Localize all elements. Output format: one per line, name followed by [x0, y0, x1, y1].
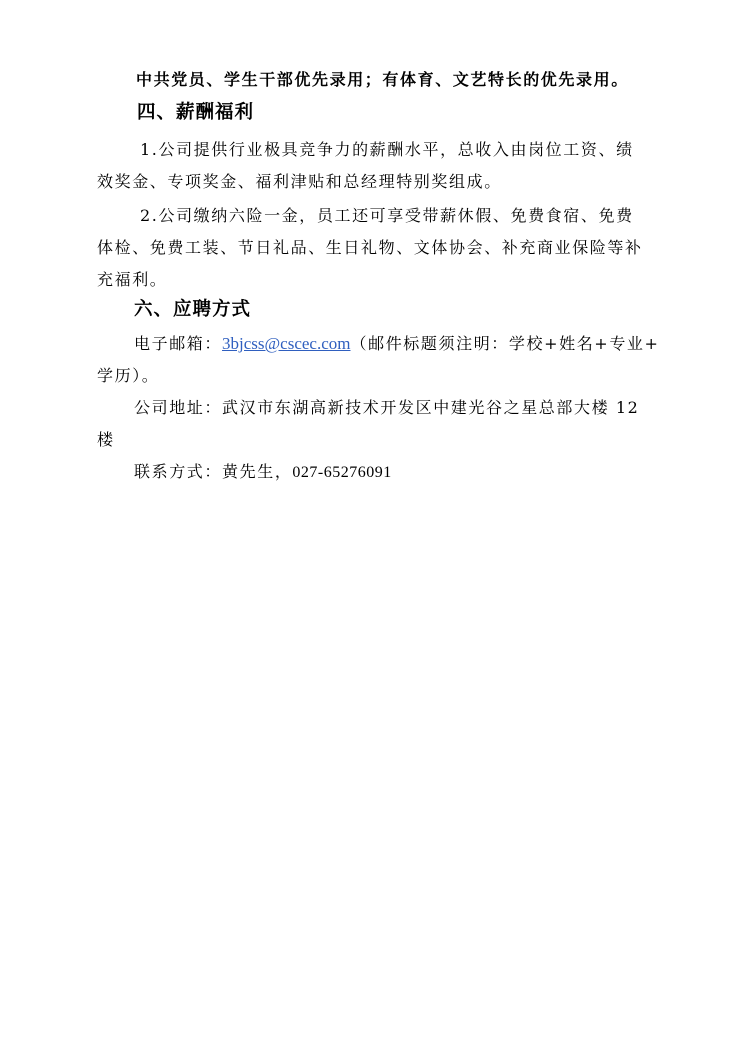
contact-name: 黄先生，: [222, 462, 292, 481]
intro-line: 中共党员、学生干部优先录用；有体育、文艺特长的优先录用。: [136, 70, 629, 90]
benefit-paragraph-2-line-2: 体检、免费工装、节日礼品、生日礼物、文体协会、补充商业保险等补: [97, 238, 643, 258]
contact-label: 联系方式：: [134, 462, 222, 481]
email-note: （邮件标题须注明：学校+姓名+专业+: [351, 334, 660, 353]
email-label: 电子邮箱：: [134, 334, 222, 353]
document-page: 中共党员、学生干部优先录用；有体育、文艺特长的优先录用。 四、薪酬福利 1.公司…: [0, 0, 738, 1042]
section-heading-compensation: 四、薪酬福利: [137, 102, 254, 124]
benefit-paragraph-2-line-3: 充福利。: [97, 270, 167, 290]
email-note-line-2: 学历）。: [97, 366, 159, 386]
address-line-2: 楼: [97, 430, 115, 450]
contact-phone: 027-65276091: [292, 464, 391, 481]
benefit-paragraph-2-line-1: 2.公司缴纳六险一金，员工还可享受带薪休假、免费食宿、免费: [140, 206, 634, 226]
benefit-paragraph-1-line-2: 效奖金、专项奖金、福利津贴和总经理特别奖组成。: [97, 172, 502, 192]
address-line-1: 公司地址：武汉市东湖高新技术开发区中建光谷之星总部大楼 12: [134, 398, 639, 418]
contact-line: 联系方式：黄先生，027-65276091: [134, 462, 392, 483]
email-line: 电子邮箱：3bjcss@cscec.com（邮件标题须注明：学校+姓名+专业+: [134, 334, 660, 354]
section-heading-application: 六、应聘方式: [134, 299, 251, 321]
benefit-paragraph-1-line-1: 1.公司提供行业极具竞争力的薪酬水平，总收入由岗位工资、绩: [140, 140, 634, 160]
email-link[interactable]: 3bjcss@cscec.com: [222, 334, 350, 353]
